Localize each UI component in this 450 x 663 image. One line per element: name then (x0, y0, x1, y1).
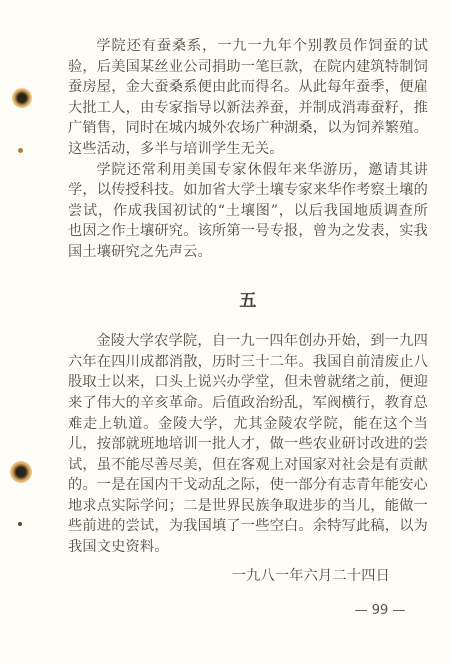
scanned-page: 学院还有蚕桑系，一九一九年个别教员作饲蚕的试验，后美国某丝业公司捐助一笔巨款，在… (0, 0, 450, 663)
paragraph-soil-research: 学院还常利用美国专家休假年来华游历，邀请其讲学，以传授科技。如加省大学土壤专家来… (68, 160, 428, 263)
page-number: — 99 — (340, 603, 420, 618)
paragraph-conclusion: 金陵大学农学院，自一九一四年创办开始，到一九四六年在四川成都消散，历时三十二年。… (68, 331, 428, 558)
binder-mark-small-top (18, 148, 23, 153)
paragraph-sericulture: 学院还有蚕桑系，一九一九年个别教员作饲蚕的试验，后美国某丝业公司捐助一笔巨款，在… (68, 36, 428, 160)
section-heading: 五 (68, 291, 428, 312)
date-line: 一九八一年六月二十四日 (68, 566, 428, 587)
binder-mark-small-bottom (18, 522, 22, 526)
binder-hole-bottom (10, 461, 32, 483)
text-column: 学院还有蚕桑系，一九一九年个别教员作饲蚕的试验，后美国某丝业公司捐助一笔巨款，在… (68, 36, 428, 586)
binder-hole-top (12, 88, 32, 108)
